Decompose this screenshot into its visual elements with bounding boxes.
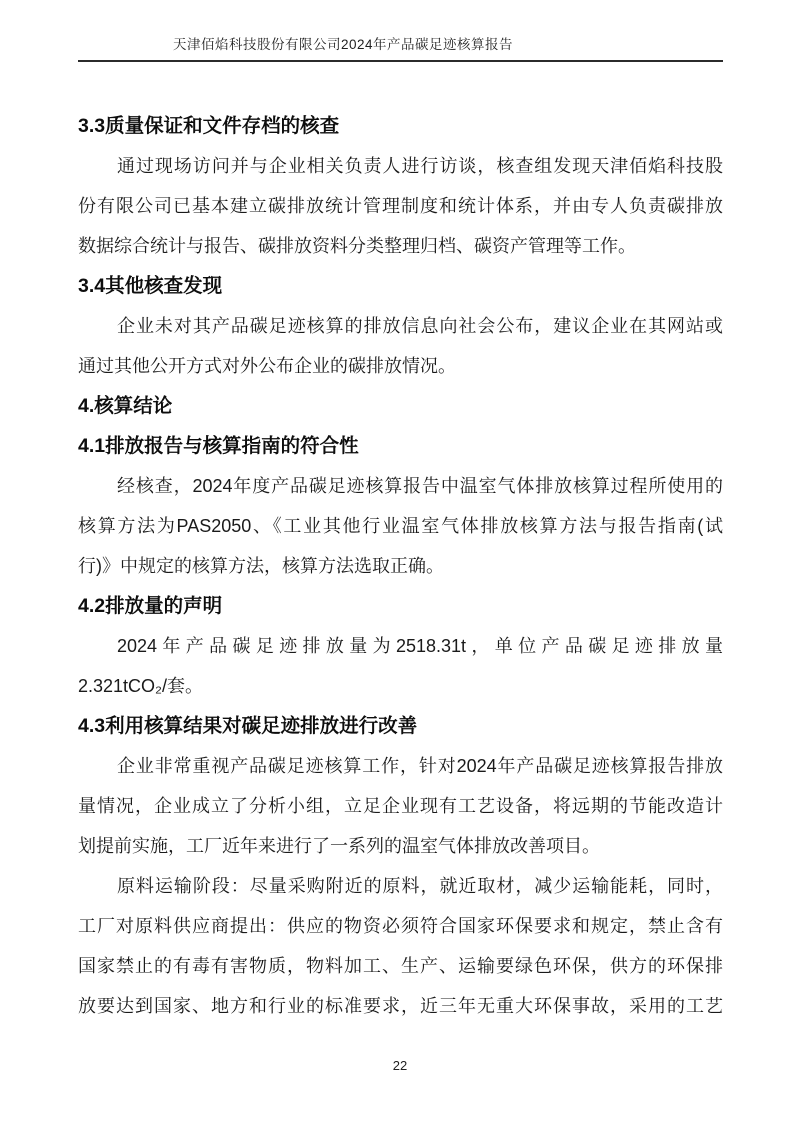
section-heading-4-3: 4.3利用核算结果对碳足迹排放进行改善	[78, 706, 723, 746]
section-heading-3-3: 3.3质量保证和文件存档的核查	[78, 106, 723, 146]
body-line: 工厂对原料供应商提出：供应的物资必须符合国家环保要求和规定，禁止含有	[78, 906, 723, 946]
document-page: 天津佰焰科技股份有限公司2024年产品碳足迹核算报告 3.3质量保证和文件存档的…	[0, 0, 800, 1130]
body-line: 通过现场访问并与企业相关负责人进行访谈，核查组发现天津佰焰科技股	[78, 146, 723, 186]
body-line: 国家禁止的有毒有害物质，物料加工、生产、运输要绿色环保，供方的环保排	[78, 946, 723, 986]
body-line: 行)》中规定的核算方法，核算方法选取正确。	[78, 546, 723, 586]
section-heading-4-2: 4.2排放量的声明	[78, 586, 723, 626]
body-line: 数据综合统计与报告、碳排放资料分类整理归档、碳资产管理等工作。	[78, 226, 723, 266]
body-line: 企业未对其产品碳足迹核算的排放信息向社会公布，建议企业在其网站或	[78, 306, 723, 346]
page-number: 22	[0, 1058, 800, 1073]
body-line: 放要达到国家、地方和行业的标准要求，近三年无重大环保事故，采用的工艺	[78, 986, 723, 1026]
emission-statement-line: 2.321tCO₂/套。	[78, 666, 723, 706]
section-heading-4: 4.核算结论	[78, 386, 723, 426]
body-line: 原料运输阶段：尽量采购附近的原料，就近取材，减少运输能耗，同时，	[78, 866, 723, 906]
body-line: 划提前实施，工厂近年来进行了一系列的温室气体排放改善项目。	[78, 826, 723, 866]
running-header: 天津佰焰科技股份有限公司2024年产品碳足迹核算报告	[78, 33, 608, 53]
document-body: 3.3质量保证和文件存档的核查 通过现场访问并与企业相关负责人进行访谈，核查组发…	[78, 106, 723, 1026]
section-heading-4-1: 4.1排放报告与核算指南的符合性	[78, 426, 723, 466]
emission-statement-line: 2024年产品碳足迹排放量为2518.31t，单位产品碳足迹排放量	[78, 626, 723, 666]
body-line: 经核查，2024年度产品碳足迹核算报告中温室气体排放核算过程所使用的	[78, 466, 723, 506]
body-line: 份有限公司已基本建立碳排放统计管理制度和统计体系，并由专人负责碳排放	[78, 186, 723, 226]
header-rule	[78, 60, 723, 62]
body-line: 核算方法为PAS2050、《工业其他行业温室气体排放核算方法与报告指南(试	[78, 506, 723, 546]
body-line: 企业非常重视产品碳足迹核算工作，针对2024年产品碳足迹核算报告排放	[78, 746, 723, 786]
body-line: 通过其他公开方式对外公布企业的碳排放情况。	[78, 346, 723, 386]
section-heading-3-4: 3.4其他核查发现	[78, 266, 723, 306]
body-line: 量情况，企业成立了分析小组，立足企业现有工艺设备，将远期的节能改造计	[78, 786, 723, 826]
